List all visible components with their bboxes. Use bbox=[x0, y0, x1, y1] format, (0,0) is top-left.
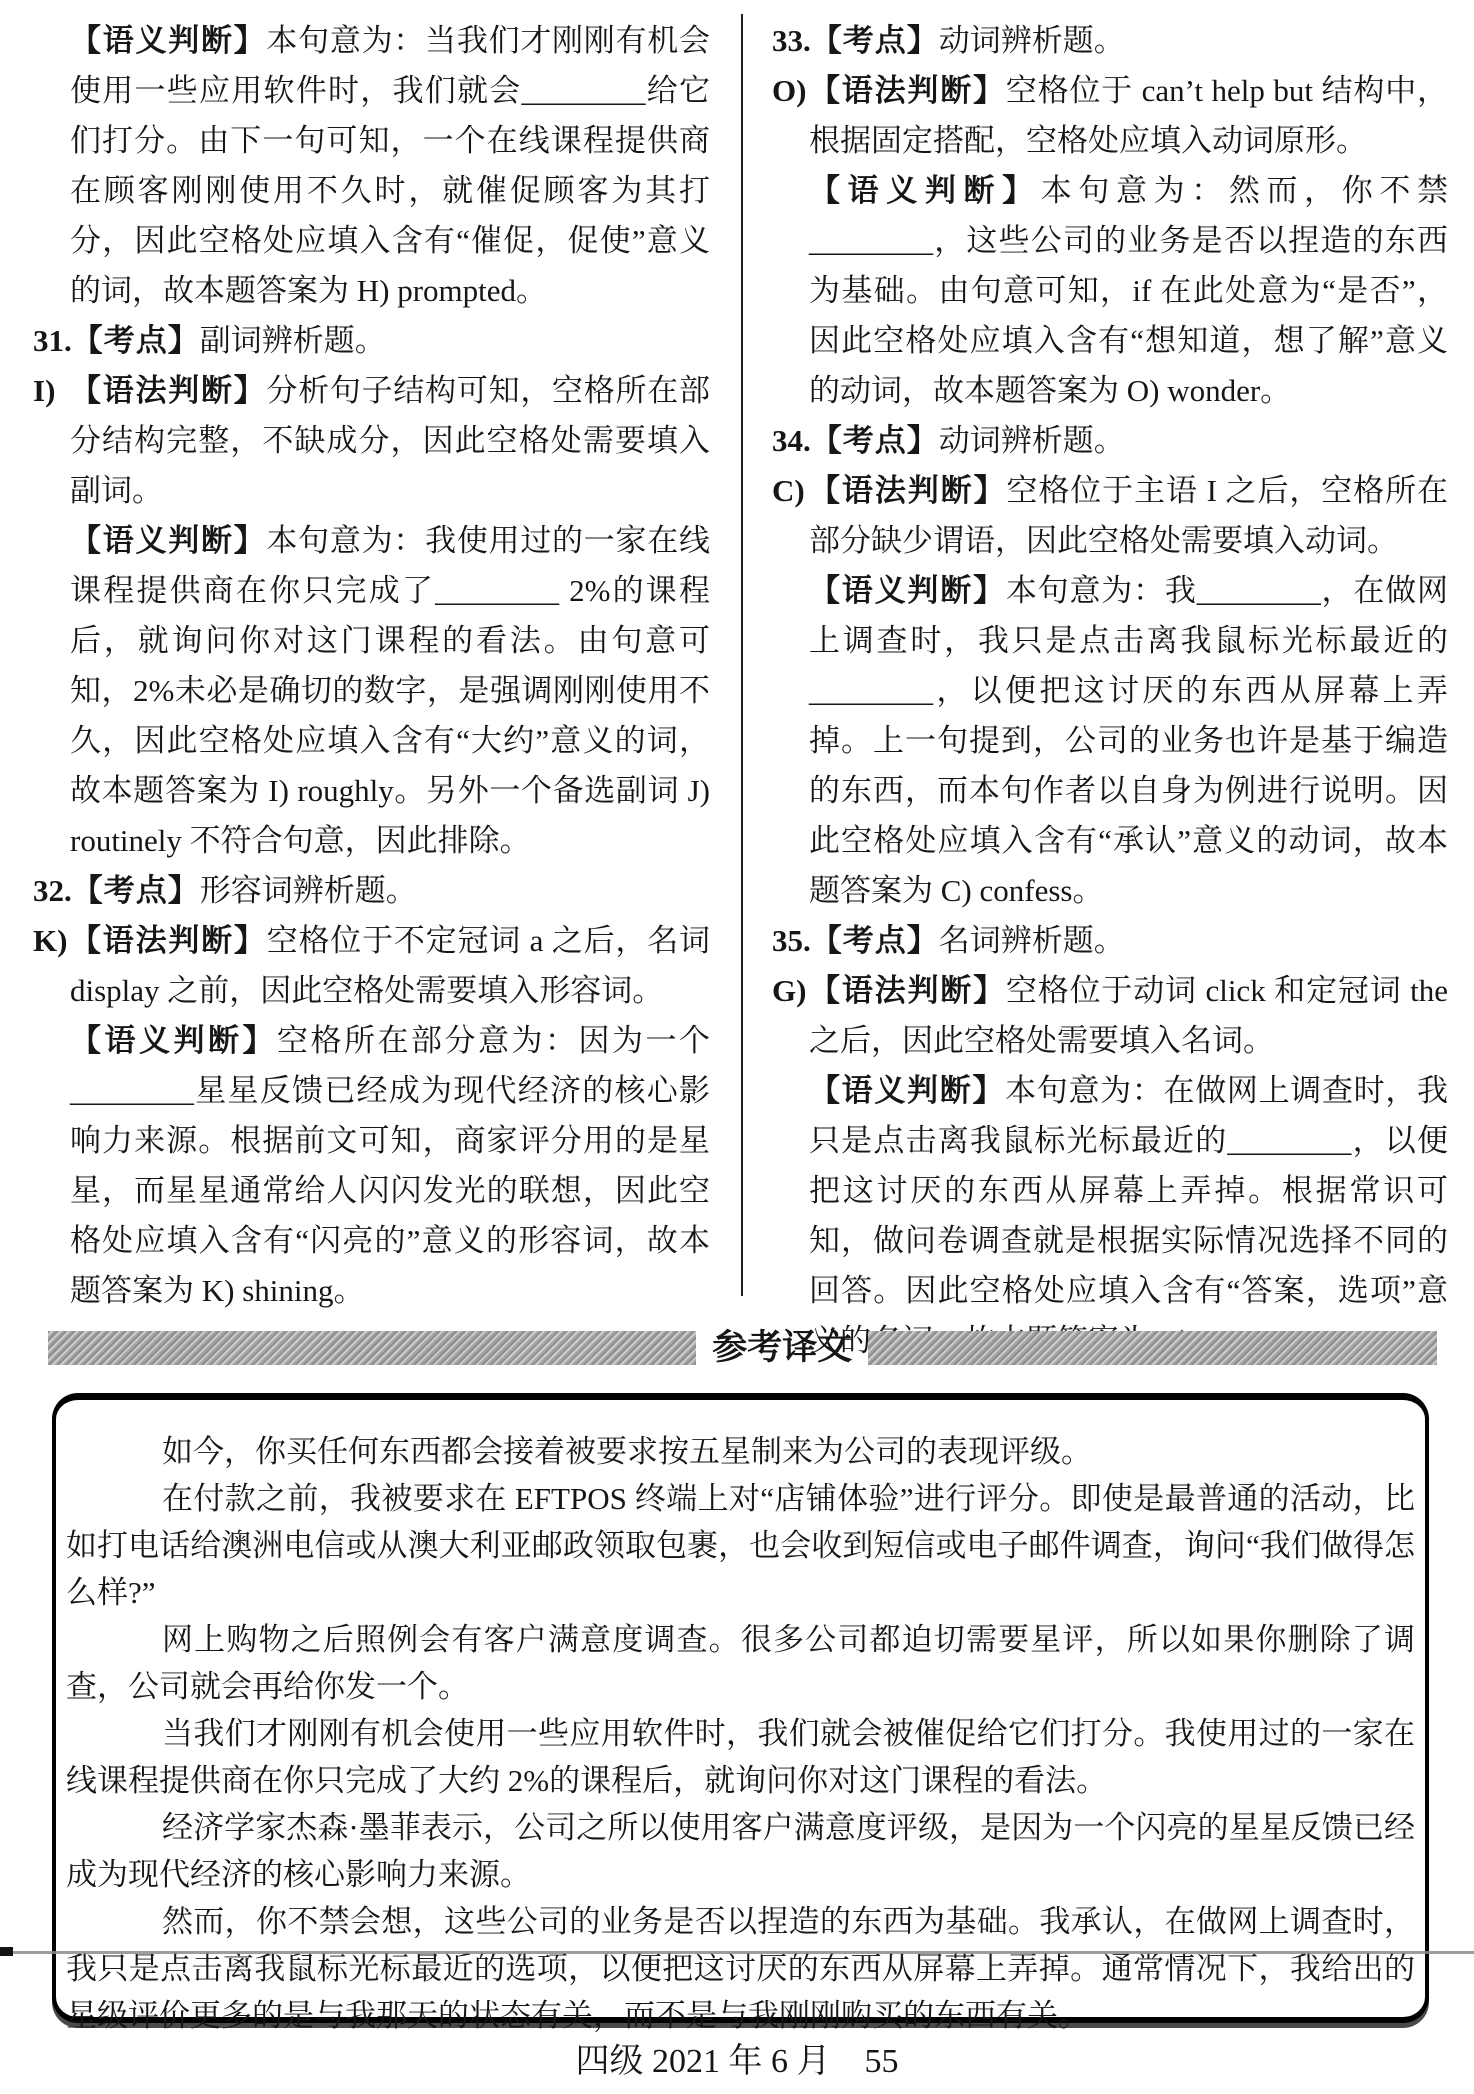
bracket-tag: 【语义判断】 bbox=[809, 173, 1041, 208]
explanation-item: 31.【考点】副词辨析题。 bbox=[33, 316, 710, 366]
item-text: 【考点】动词辨析题。 bbox=[811, 16, 1448, 66]
text-run: 本句意为：在做网上调查时，我只是点击离我鼠标光标最近的________，以便把这… bbox=[809, 1073, 1448, 1358]
explanation-item: 【语义判断】空格所在部分意为：因为一个________星星反馈已经成为现代经济的… bbox=[33, 1016, 710, 1316]
explanation-item: 【语义判断】本句意为：在做网上调查时，我只是点击离我鼠标光标最近的_______… bbox=[772, 1066, 1448, 1366]
item-marker: C) bbox=[772, 466, 809, 566]
item-text: 【考点】名词辨析题。 bbox=[811, 916, 1448, 966]
bracket-tag: 【考点】 bbox=[72, 323, 200, 358]
item-marker bbox=[772, 166, 809, 416]
explanation-item: 32.【考点】形容词辨析题。 bbox=[33, 866, 710, 916]
text-run: 本句意为：我使用过的一家在线课程提供商在你只完成了________ 2%的课程后… bbox=[70, 523, 710, 858]
item-marker bbox=[33, 1016, 70, 1316]
explanation-item: C)【语法判断】空格位于主语 I 之后，空格所在部分缺少谓语，因此空格处需要填入… bbox=[772, 466, 1448, 566]
explanation-item: 【语义判断】本句意为：我________，在做网上调查时，我只是点击离我鼠标光标… bbox=[772, 566, 1448, 916]
explanation-item: 【语义判断】本句意为：我使用过的一家在线课程提供商在你只完成了________ … bbox=[33, 516, 710, 866]
explanation-item: K)【语法判断】空格位于不定冠词 a 之后，名词 display 之前，因此空格… bbox=[33, 916, 710, 1016]
bracket-tag: 【语法判断】 bbox=[70, 923, 267, 958]
item-text: 【语法判断】空格位于主语 I 之后，空格所在部分缺少谓语，因此空格处需要填入动词… bbox=[809, 466, 1448, 566]
reference-translation-label: 参考译文 bbox=[696, 1331, 868, 1365]
text-run: 形容词辨析题。 bbox=[200, 873, 417, 908]
item-text: 【语法判断】空格位于 can’t help but 结构中，根据固定搭配，空格处… bbox=[809, 66, 1448, 166]
footer-page-number: 55 bbox=[865, 2043, 899, 2080]
translation-paragraph: 如今，你买任何东西都会接着被要求按五星制来为公司的表现评级。 bbox=[66, 1428, 1415, 1475]
bracket-tag: 【语义判断】 bbox=[70, 523, 266, 558]
item-text: 【语义判断】本句意为：然而，你不禁________，这些公司的业务是否以捏造的东… bbox=[809, 166, 1448, 416]
scan-artifact-line bbox=[0, 1951, 1474, 1954]
bracket-tag: 【考点】 bbox=[72, 873, 200, 908]
item-marker: 33. bbox=[772, 16, 811, 66]
translation-paragraph: 经济学家杰森·墨菲表示，公司之所以使用客户满意度评级，是因为一个闪亮的星星反馈已… bbox=[66, 1804, 1415, 1898]
text-run: 本句意为：当我们才刚刚有机会使用一些应用软件时，我们就会________给它们打… bbox=[70, 23, 710, 308]
translation-paragraph: 在付款之前，我被要求在 EFTPOS 终端上对“店铺体验”进行评分。即使是最普通… bbox=[66, 1475, 1415, 1616]
bracket-tag: 【语义判断】 bbox=[70, 23, 266, 58]
hatch-bar-right bbox=[868, 1331, 1437, 1365]
bracket-tag: 【语法判断】 bbox=[809, 73, 1006, 108]
translation-paragraph: 网上购物之后照例会有客户满意度调查。很多公司都迫切需要星评，所以如果你删除了调查… bbox=[66, 1616, 1415, 1710]
translation-box: 如今，你买任何东西都会接着被要求按五星制来为公司的表现评级。在付款之前，我被要求… bbox=[52, 1393, 1429, 2023]
explanation-item: 【语义判断】本句意为：然而，你不禁________，这些公司的业务是否以捏造的东… bbox=[772, 166, 1448, 416]
item-text: 【考点】形容词辨析题。 bbox=[72, 866, 710, 916]
footer-text: 四级 2021 年 6 月 bbox=[576, 2043, 831, 2080]
text-run: 名词辨析题。 bbox=[939, 923, 1125, 958]
item-marker: I) bbox=[33, 366, 70, 516]
explanation-item: 【语义判断】本句意为：当我们才刚刚有机会使用一些应用软件时，我们就会______… bbox=[33, 16, 710, 316]
explanation-item: I)【语法判断】分析句子结构可知，空格所在部分结构完整，不缺成分，因此空格处需要… bbox=[33, 366, 710, 516]
reference-translation-band: 参考译文 bbox=[48, 1331, 1437, 1365]
footer: 四级 2021 年 6 月55 bbox=[0, 2040, 1474, 2084]
left-column: 【语义判断】本句意为：当我们才刚刚有机会使用一些应用软件时，我们就会______… bbox=[33, 16, 710, 1366]
item-marker bbox=[33, 516, 70, 866]
text-run: 本句意为：我________，在做网上调查时，我只是点击离我鼠标光标最近的___… bbox=[809, 573, 1448, 908]
explanation-item: 35.【考点】名词辨析题。 bbox=[772, 916, 1448, 966]
explanation-item: 34.【考点】动词辨析题。 bbox=[772, 416, 1448, 466]
item-text: 【语义判断】本句意为：我使用过的一家在线课程提供商在你只完成了________ … bbox=[70, 516, 710, 866]
right-column: 33.【考点】动词辨析题。O)【语法判断】空格位于 can’t help but… bbox=[772, 16, 1448, 1366]
explanation-item: 33.【考点】动词辨析题。 bbox=[772, 16, 1448, 66]
item-marker: 34. bbox=[772, 416, 811, 466]
text-run: 动词辨析题。 bbox=[939, 423, 1125, 458]
translation-paragraph: 当我们才刚刚有机会使用一些应用软件时，我们就会被催促给它们打分。我使用过的一家在… bbox=[66, 1710, 1415, 1804]
item-text: 【语义判断】空格所在部分意为：因为一个________星星反馈已经成为现代经济的… bbox=[70, 1016, 710, 1316]
bracket-tag: 【语法判断】 bbox=[70, 373, 266, 408]
text-run: 副词辨析题。 bbox=[200, 323, 386, 358]
item-text: 【考点】副词辨析题。 bbox=[72, 316, 710, 366]
item-text: 【语法判断】空格位于不定冠词 a 之后，名词 display 之前，因此空格处需… bbox=[70, 916, 710, 1016]
item-marker bbox=[772, 566, 809, 916]
bracket-tag: 【语义判断】 bbox=[809, 573, 1006, 608]
explanation-item: G)【语法判断】空格位于动词 click 和定冠词 the 之后，因此空格处需要… bbox=[772, 966, 1448, 1066]
item-text: 【语义判断】本句意为：在做网上调查时，我只是点击离我鼠标光标最近的_______… bbox=[809, 1066, 1448, 1366]
explanation-item: O)【语法判断】空格位于 can’t help but 结构中，根据固定搭配，空… bbox=[772, 66, 1448, 166]
translation-paragraph: 然而，你不禁会想，这些公司的业务是否以捏造的东西为基础。我承认，在做网上调查时，… bbox=[66, 1898, 1415, 2039]
item-marker bbox=[772, 1066, 809, 1366]
item-text: 【语义判断】本句意为：我________，在做网上调查时，我只是点击离我鼠标光标… bbox=[809, 566, 1448, 916]
bracket-tag: 【考点】 bbox=[811, 423, 939, 458]
item-marker: G) bbox=[772, 966, 809, 1066]
item-marker: 31. bbox=[33, 316, 72, 366]
item-marker bbox=[33, 16, 70, 316]
bracket-tag: 【语义判断】 bbox=[70, 1023, 277, 1058]
item-marker: 32. bbox=[33, 866, 72, 916]
item-text: 【考点】动词辨析题。 bbox=[811, 416, 1448, 466]
text-run: 本句意为：然而，你不禁________，这些公司的业务是否以捏造的东西为基础。由… bbox=[809, 173, 1448, 408]
item-text: 【语义判断】本句意为：当我们才刚刚有机会使用一些应用软件时，我们就会______… bbox=[70, 16, 710, 316]
hatch-bar-left bbox=[48, 1331, 696, 1365]
item-text: 【语法判断】空格位于动词 click 和定冠词 the 之后，因此空格处需要填入… bbox=[809, 966, 1448, 1066]
bracket-tag: 【考点】 bbox=[811, 923, 939, 958]
item-marker: 35. bbox=[772, 916, 811, 966]
text-run: 动词辨析题。 bbox=[939, 23, 1125, 58]
item-text: 【语法判断】分析句子结构可知，空格所在部分结构完整，不缺成分，因此空格处需要填入… bbox=[70, 366, 710, 516]
scan-artifact-dash bbox=[0, 1947, 13, 1956]
column-divider bbox=[741, 14, 743, 1296]
bracket-tag: 【语法判断】 bbox=[809, 973, 1006, 1008]
bracket-tag: 【语义判断】 bbox=[809, 1073, 1005, 1108]
bracket-tag: 【考点】 bbox=[811, 23, 939, 58]
text-run: 空格所在部分意为：因为一个________星星反馈已经成为现代经济的核心影响力来… bbox=[70, 1023, 710, 1308]
item-marker: O) bbox=[772, 66, 809, 166]
item-marker: K) bbox=[33, 916, 70, 1016]
page-root: 【语义判断】本句意为：当我们才刚刚有机会使用一些应用软件时，我们就会______… bbox=[0, 0, 1474, 2094]
bracket-tag: 【语法判断】 bbox=[809, 473, 1006, 508]
